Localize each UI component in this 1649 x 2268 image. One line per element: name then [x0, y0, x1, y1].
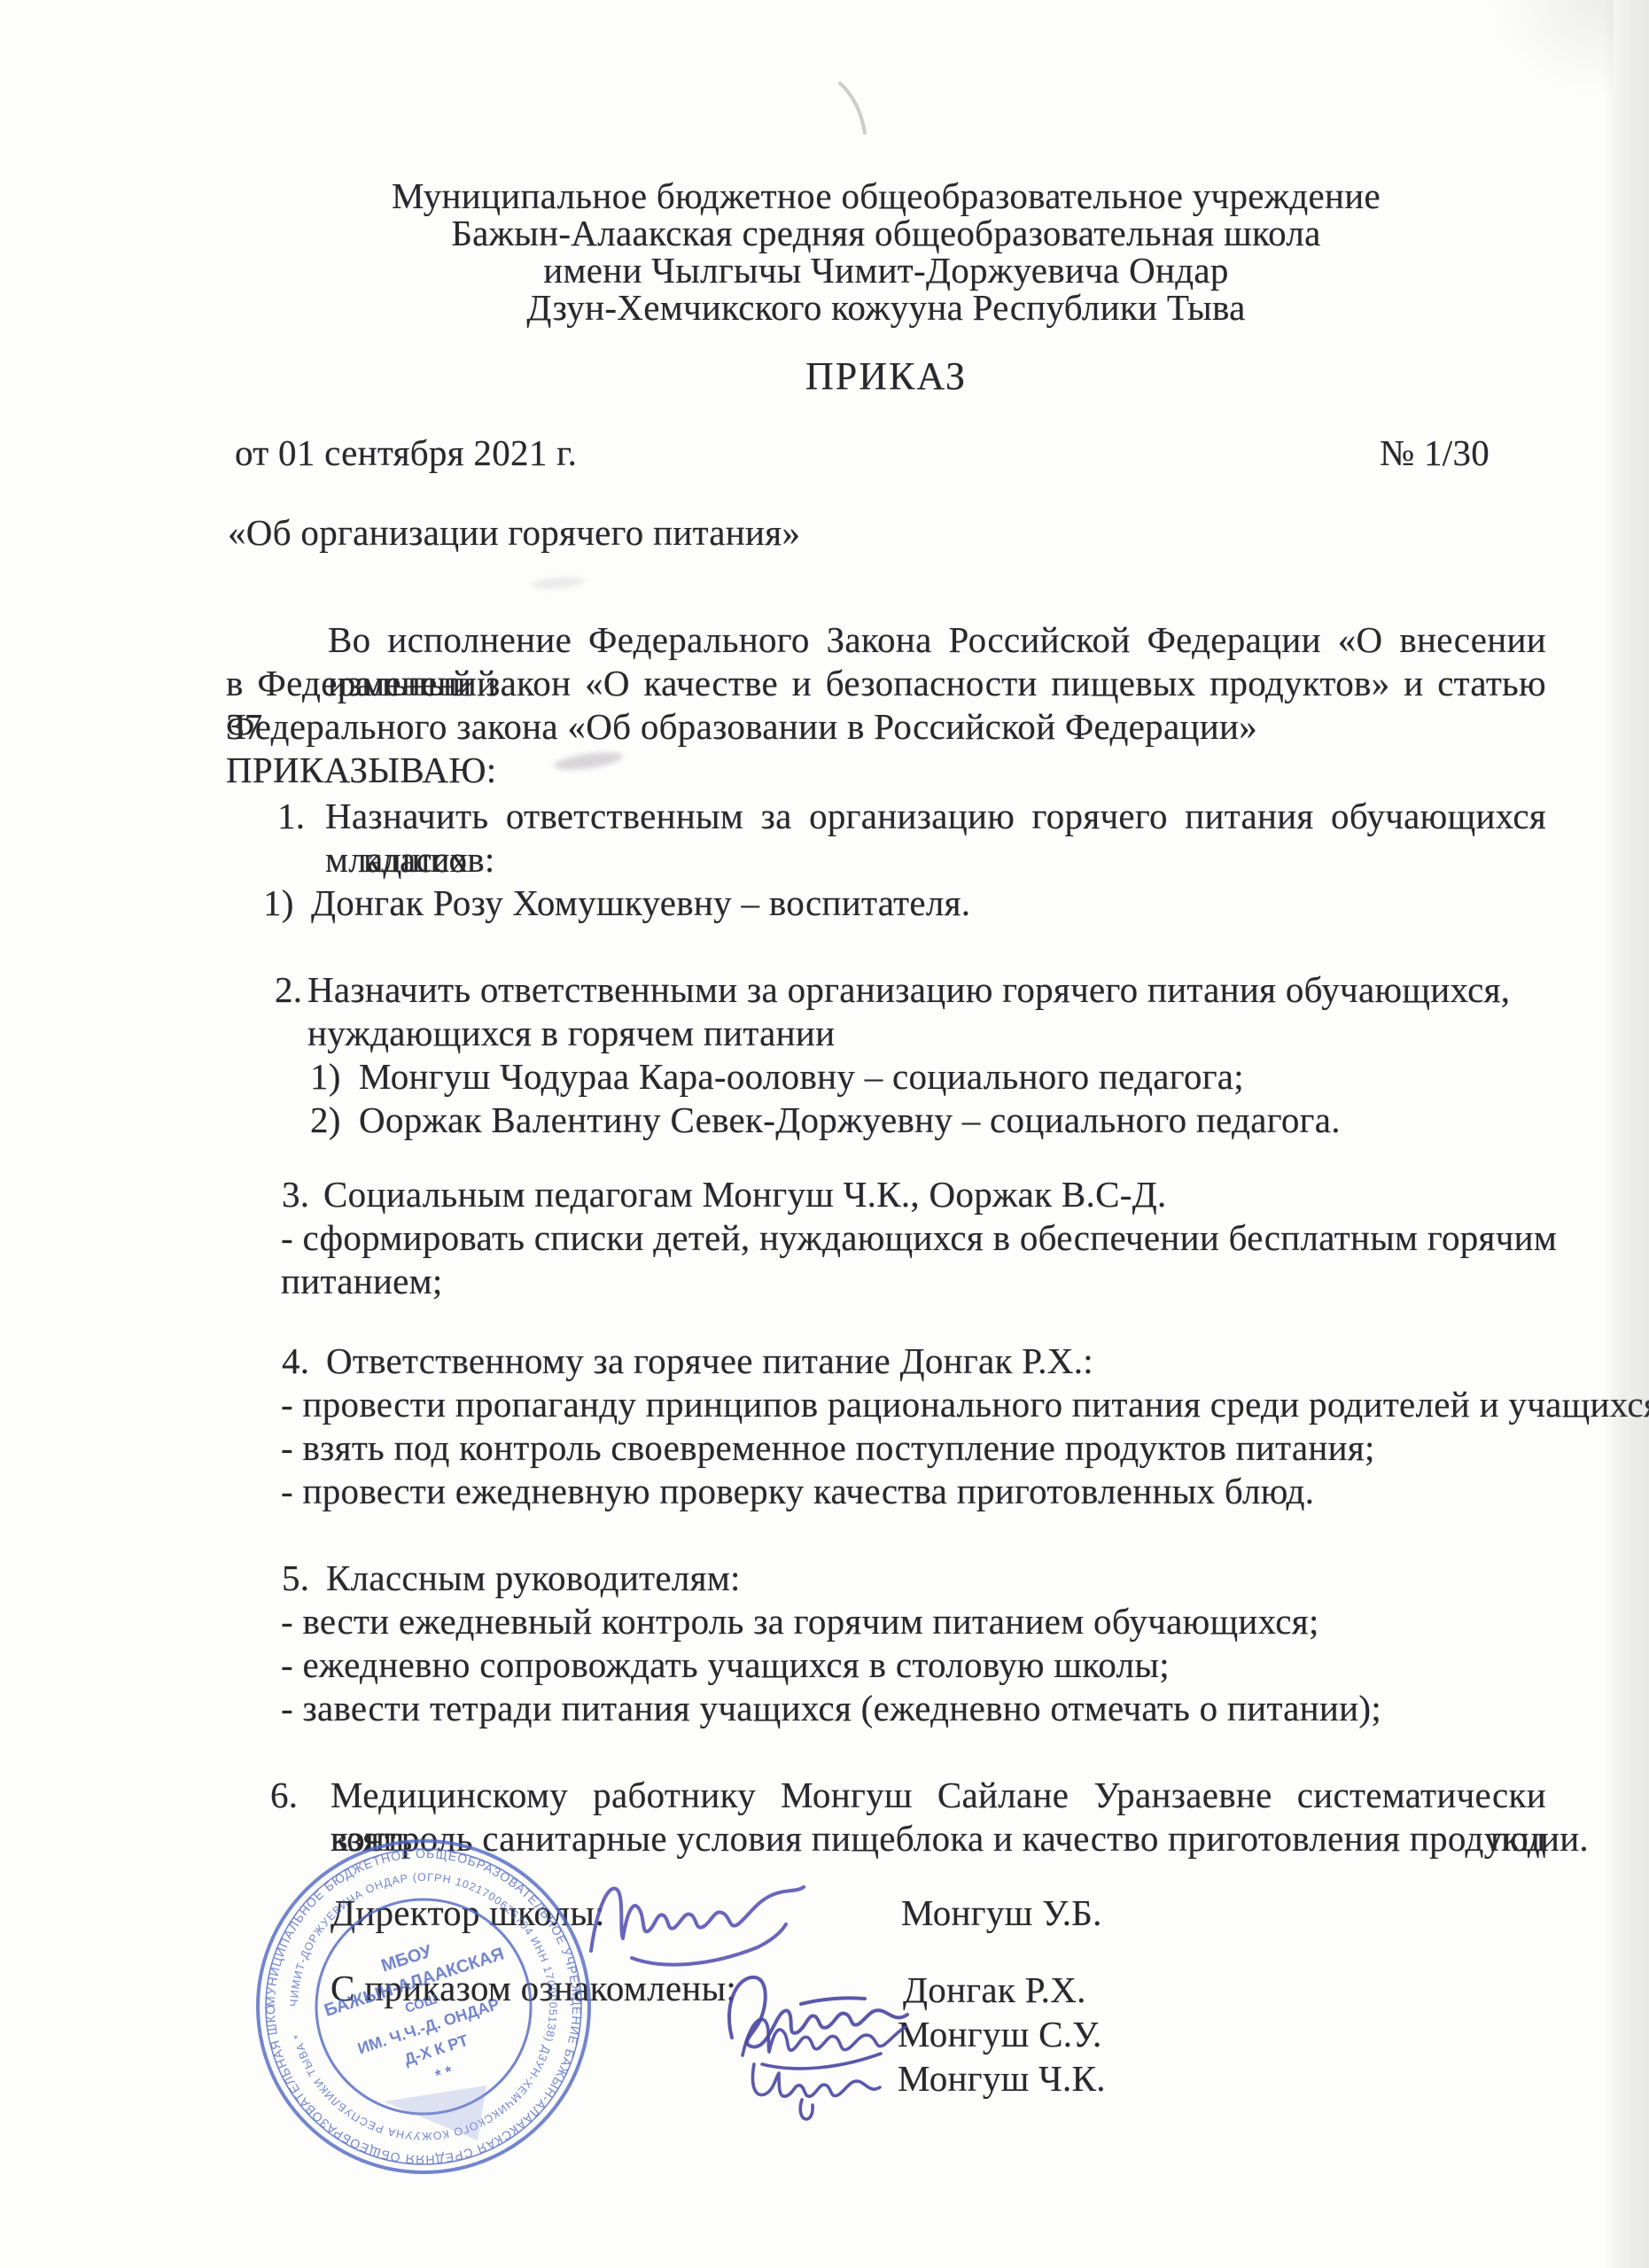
item-4-number: 4.: [282, 1340, 309, 1383]
ack-name-3: Монгуш Ч.К.: [898, 2057, 1106, 2101]
item-3-line-1: Социальным педагогам Монгуш Ч.К., Ооржак…: [323, 1173, 1167, 1216]
resolve-word: ПРИКАЗЫВАЮ:: [226, 749, 496, 792]
item-4-dash-3: - провести ежедневную проверку качества …: [281, 1470, 1314, 1513]
item-2-sub-2-text: Ооржак Валентину Севек-Доржуевну – социа…: [359, 1099, 1341, 1142]
item-4-dash-2: - взять под контроль своевременное посту…: [281, 1426, 1375, 1470]
director-name: Монгуш У.Б.: [901, 1891, 1102, 1935]
order-date: от 01 сентября 2021 г.: [235, 431, 577, 475]
item-2-line-2: нуждающихся в горячем питании: [307, 1012, 835, 1055]
scan-smudge-light: [532, 575, 586, 590]
item-5-line-1: Классным руководителям:: [326, 1557, 741, 1600]
stamp-center-stars: * *: [433, 2062, 455, 2085]
item-2-sub-1-text: Монгуш Чодураа Кара-ооловну – социальног…: [359, 1055, 1244, 1099]
scan-edge-shadow: [1603, 0, 1649, 2268]
stamp-center-line-3: СОШ: [403, 1992, 439, 2016]
scan-corner-shade: [1490, 0, 1614, 97]
school-round-stamp: МУНИЦИПАЛЬНОЕ БЮДЖЕТНОЕ ОБЩЕОБРАЗОВАТЕЛЬ…: [251, 1834, 596, 2179]
item-1-sub-1-text: Донгак Розу Хомушкуевну – воспитателя.: [311, 882, 970, 925]
item-4-dash-1: - провести пропаганду принципов рационал…: [281, 1383, 1649, 1426]
ack-name-2: Монгуш С.У.: [898, 2013, 1102, 2056]
ack-signature-3: [740, 2048, 891, 2128]
item-2-sub-2-number: 2): [310, 1099, 341, 1142]
intro-line-3: Федерального закона «Об образовании в Ро…: [226, 705, 1257, 749]
item-5-dash-2: - ежедневно сопровождать учащихся в стол…: [281, 1643, 1170, 1687]
item-5-dash-3: - завести тетради питания учащихся (ежед…: [281, 1687, 1381, 1730]
item-2-sub-1-number: 1): [310, 1055, 341, 1099]
scan-scratch-mark: [833, 78, 886, 140]
order-subject: «Об организации горячего питания»: [228, 511, 800, 555]
item-3-dash-1: - сформировать списки детей, нуждающихся…: [281, 1216, 1557, 1260]
ack-name-1: Донгак Р.Х.: [903, 1969, 1086, 2012]
item-5-number: 5.: [282, 1557, 309, 1600]
item-1-number: 1.: [277, 795, 305, 838]
scan-smudge: [553, 750, 623, 773]
item-2-line-1: Назначить ответственными за организацию …: [307, 968, 1510, 1012]
item-5-dash-1: - вести ежедневный контроль за горячим п…: [281, 1600, 1319, 1643]
item-1-line-1: Назначить ответственным за организацию г…: [325, 795, 1546, 882]
item-6-number: 6.: [270, 1774, 298, 1817]
org-name-line-4: Дзун-Хемчикского кожууна Республики Тыва: [226, 286, 1546, 330]
director-signature: [580, 1869, 820, 1980]
item-4-line-1: Ответственному за горячее питание Донгак…: [326, 1340, 1093, 1383]
item-3-dash-1-wrap: питанием;: [281, 1260, 443, 1303]
item-1-sub-1-number: 1): [263, 882, 294, 925]
scanned-order-document: Муниципальное бюджетное общеобразователь…: [0, 0, 1649, 2268]
order-number: № 1/30: [1380, 431, 1490, 475]
item-1-line-2: классов:: [363, 838, 495, 882]
item-2-number: 2.: [275, 968, 302, 1012]
item-3-number: 3.: [282, 1173, 309, 1216]
document-title: ПРИКАЗ: [226, 354, 1546, 398]
